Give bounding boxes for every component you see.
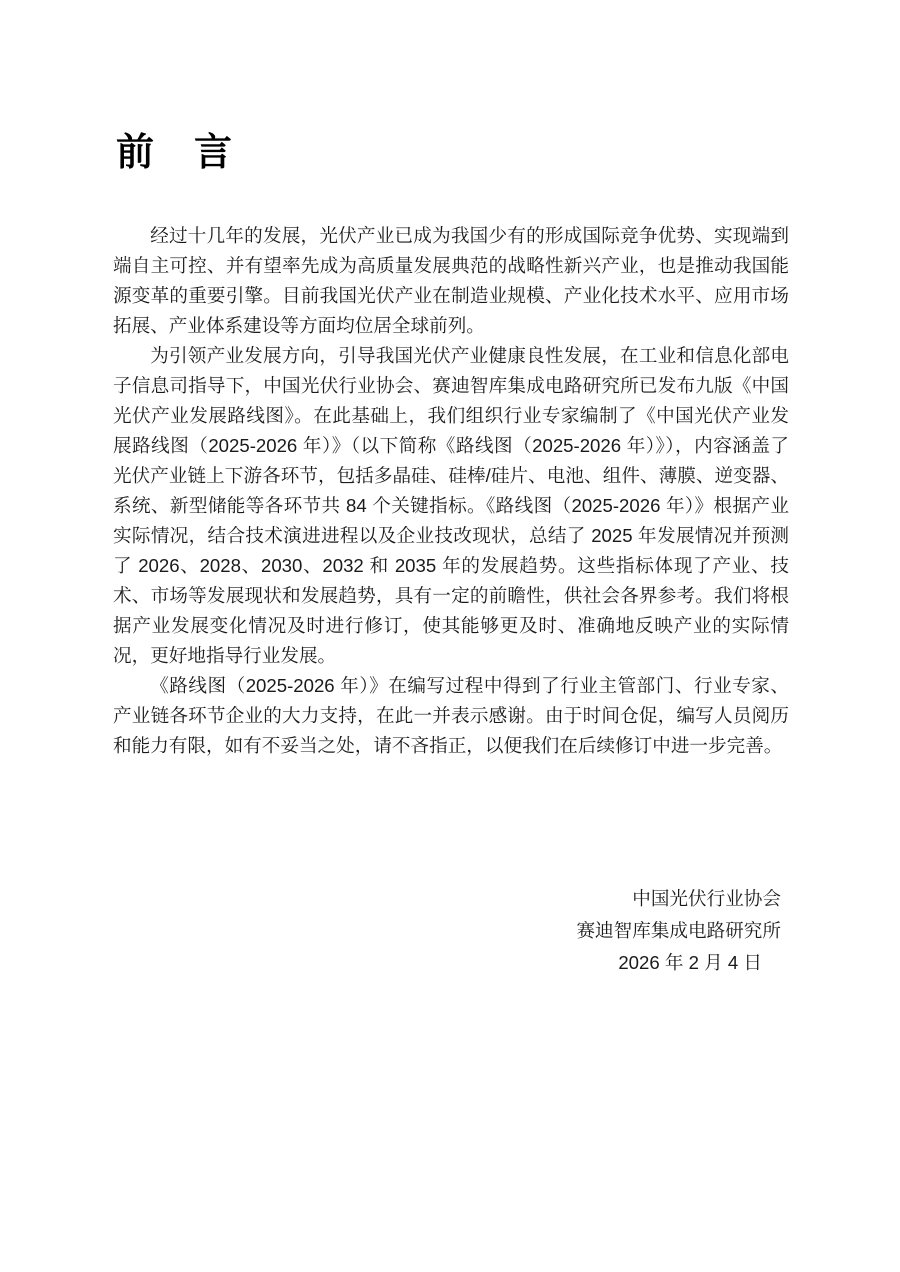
signature-org-secondary: 赛迪智库集成电路研究所 xyxy=(576,915,781,947)
signature-block: 中国光伏行业协会 赛迪智库集成电路研究所 2026 年 2 月 4 日 xyxy=(576,883,781,979)
document-body: 经过十几年的发展，光伏产业已成为我国少有的形成国际竞争优势、实现端到端自主可控、… xyxy=(113,221,789,761)
paragraph-1: 经过十几年的发展，光伏产业已成为我国少有的形成国际竞争优势、实现端到端自主可控、… xyxy=(113,221,789,341)
page-title: 前 言 xyxy=(116,121,233,176)
paragraph-3: 《路线图（2025-2026 年）》在编写过程中得到了行业主管部门、行业专家、产… xyxy=(113,671,789,761)
signature-org-primary: 中国光伏行业协会 xyxy=(576,883,781,915)
paragraph-2: 为引领产业发展方向，引导我国光伏产业健康良性发展，在工业和信息化部电子信息司指导… xyxy=(113,341,789,671)
signature-date: 2026 年 2 月 4 日 xyxy=(576,947,781,979)
document-page: 前 言 经过十几年的发展，光伏产业已成为我国少有的形成国际竞争优势、实现端到端自… xyxy=(0,0,900,1272)
